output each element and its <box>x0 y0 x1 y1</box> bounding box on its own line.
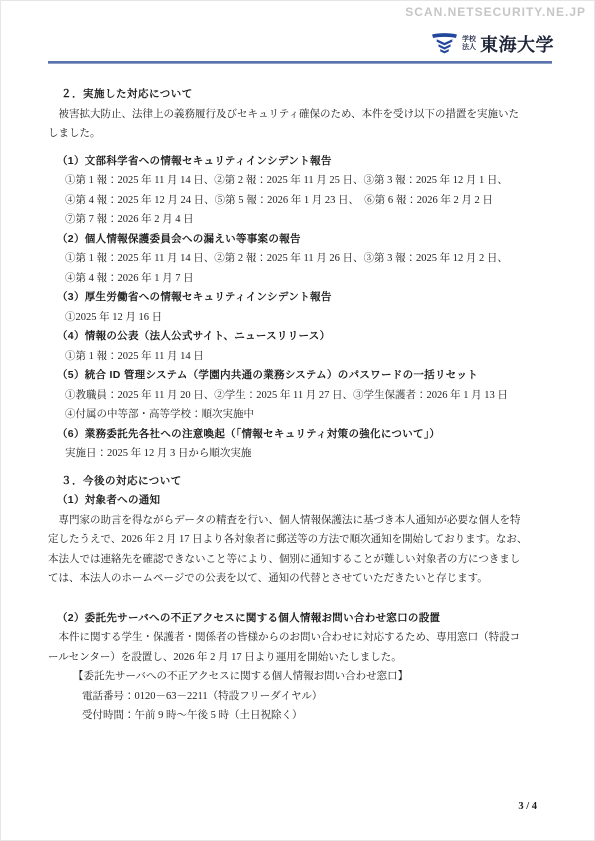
list-line: ①第 1 報：2025 年 11 月 14 日 <box>65 347 552 367</box>
document-page: SCAN.NETSECURITY.NE.JP 学校 法人 東海大学 ２．実施した… <box>0 0 595 841</box>
logo-org-type-bottom: 法人 <box>462 44 476 52</box>
spacer <box>48 144 552 152</box>
subsection-3-heading: （3）厚生労働省への情報セキュリティインシデント報告 <box>57 288 552 308</box>
section-3-sub-1-heading: （1）対象者への通知 <box>57 491 552 511</box>
contact-hours: 受付時間：午前 9 時～午後 5 時（土日祝除く） <box>82 706 552 726</box>
list-line: ①2025 年 12 月 16 日 <box>65 308 552 328</box>
paragraph-line: しました。 <box>48 124 552 144</box>
paragraph-line: 定したうえで、2026 年 2 月 17 日より各対象者に郵送等の方法で順次通知… <box>48 530 552 550</box>
section-3-heading: ３．今後の対応について <box>61 472 552 492</box>
paragraph-line: 専門家の助言を得ながらデータの精査を行い、個人情報保護法に基づき本人通知が必要な… <box>48 511 552 531</box>
watermark: SCAN.NETSECURITY.NE.JP <box>405 5 586 19</box>
paragraph-line: 本法人では連絡先を確認できないこと等により、個別に通知することが難しい対象者の方… <box>48 550 552 570</box>
subsection-5-heading: （5）統合 ID 管理システム（学園内共通の業務システム）のパスワードの一括リセ… <box>57 366 552 386</box>
tokai-logo-mark-icon <box>431 32 458 57</box>
section-3-sub-2-heading: （2）委託先サーバへの不正アクセスに関する個人情報お問い合わせ窓口の設置 <box>57 609 552 629</box>
list-line: ⑦第 7 報：2026 年 2 月 4 日 <box>65 210 552 230</box>
page-number: 3 / 4 <box>518 801 537 812</box>
list-line: ①第 1 報：2025 年 11 月 14 日、②第 2 報：2025 年 11… <box>65 249 552 269</box>
paragraph-line: 被害拡大防止、法律上の義務履行及びセキュリティ確保のため、本件を受け以下の措置を… <box>48 105 552 125</box>
logo-org-type: 学校 法人 <box>462 36 476 52</box>
document-body: ２．実施した対応について 被害拡大防止、法律上の義務履行及びセキュリティ確保のた… <box>48 85 552 726</box>
logo-org-type-top: 学校 <box>462 36 476 44</box>
subsection-4-heading: （4）情報の公表（法人公式サイト、ニュースリリース） <box>57 327 552 347</box>
list-line: ①教職員：2025 年 11 月 20 日、②学生：2025 年 11 月 27… <box>65 386 552 406</box>
paragraph-line: 本件に関する学生・保護者・関係者の皆様からのお問い合わせに対応するため、専用窓口… <box>48 628 552 648</box>
list-line: 実施日：2025 年 12 月 3 日から順次実施 <box>65 444 552 464</box>
paragraph-line: ては、本法人のホームページでの公表を以て、通知の代替とさせていただきたいと存じま… <box>48 569 552 589</box>
list-line: ①第 1 報：2025 年 11 月 14 日、②第 2 報：2025 年 11… <box>65 171 552 191</box>
contact-phone: 電話番号：0120－63－2211（特設フリーダイヤル） <box>82 687 552 707</box>
section-2-heading: ２．実施した対応について <box>61 85 552 105</box>
subsection-2-heading: （2）個人情報保護委員会への漏えい等事案の報告 <box>57 230 552 250</box>
contact-window-title: 【委託先サーバへの不正アクセスに関する個人情報お問い合わせ窓口】 <box>73 667 552 687</box>
subsection-1-heading: （1）文部科学省への情報セキュリティインシデント報告 <box>57 152 552 172</box>
list-line: ④第 4 報：2025 年 12 月 24 日、⑤第 5 報：2026 年 1 … <box>65 191 552 211</box>
list-line: ④付属の中等部・高等学校：順次実施中 <box>65 405 552 425</box>
list-line: ④第 4 報：2026 年 1 月 7 日 <box>65 269 552 289</box>
spacer <box>48 589 552 609</box>
subsection-6-heading: （6）業務委託先各社への注意喚起（「情報セキュリティ対策の強化について」） <box>57 425 552 445</box>
paragraph-line: ールセンター）を設置し、2026 年 2 月 17 日より運用を開始いたしました… <box>48 648 552 668</box>
header-rule <box>48 61 552 64</box>
logo-university-name: 東海大学 <box>480 31 554 57</box>
spacer <box>48 464 552 472</box>
logo: 学校 法人 東海大学 <box>431 31 554 57</box>
